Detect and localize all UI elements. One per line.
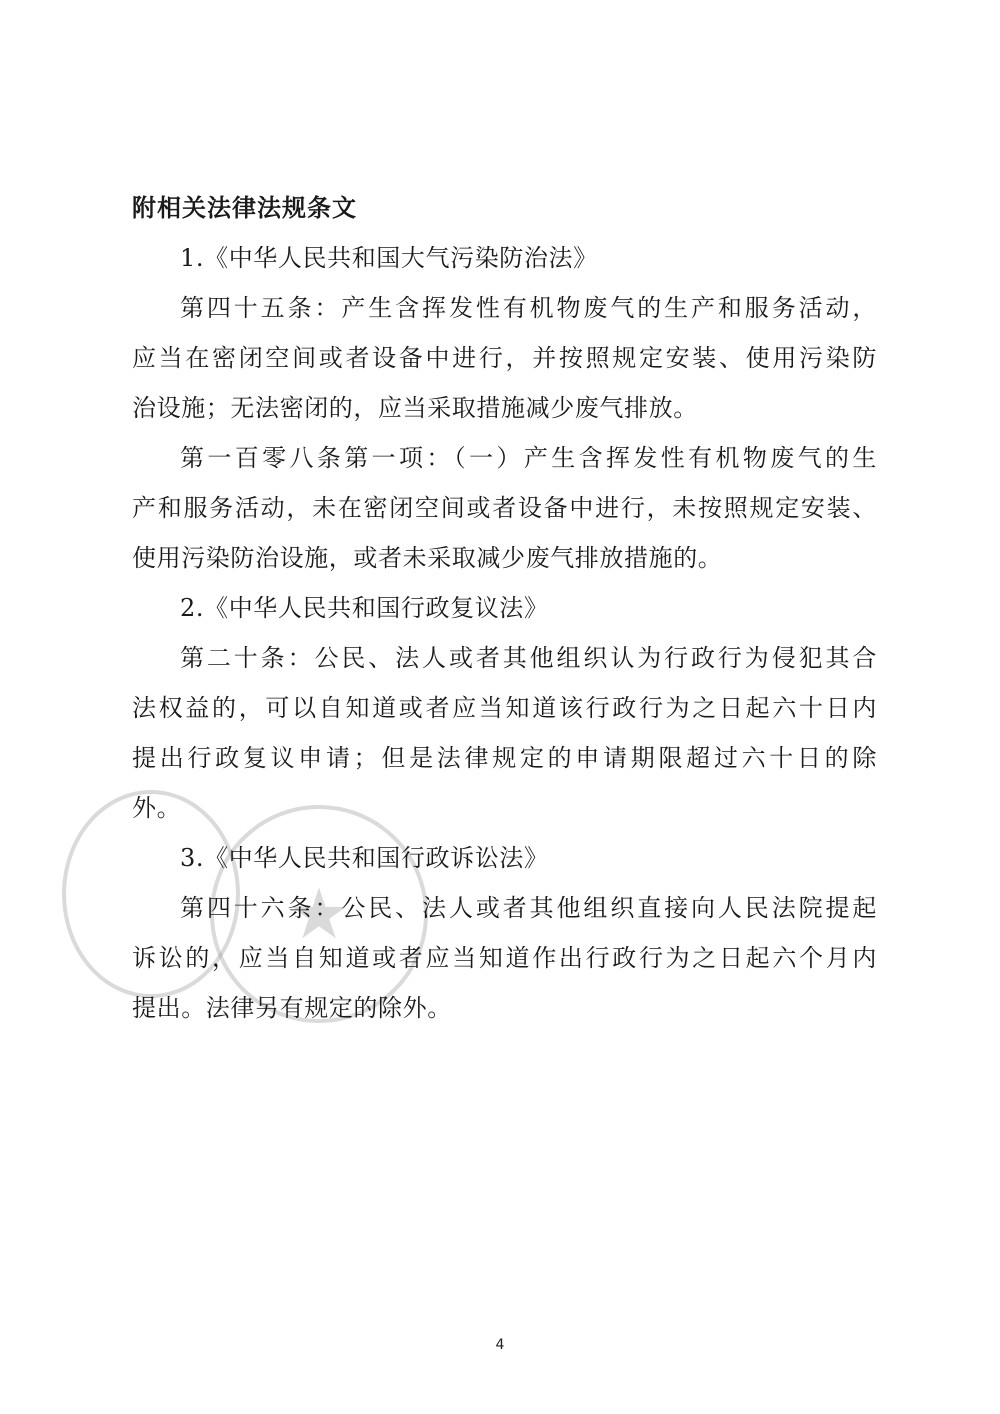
article-46-line-2: 诉讼的，应当自知道或者应当知道作出行政行为之日起六个月内	[132, 943, 877, 973]
document-page: ★ 附相关法律法规条文 1.《中华人民共和国大气污染防治法》 第四十五条：产生含…	[0, 0, 1000, 1414]
section-title-administrative-reconsideration-law: 2.《中华人民共和国行政复议法》	[180, 593, 877, 623]
section-title-administrative-litigation-law: 3.《中华人民共和国行政诉讼法》	[180, 843, 877, 873]
article-108-line-1: 第一百零八条第一项：（一）产生含挥发性有机物废气的生	[180, 443, 877, 473]
section-title-air-pollution-law: 1.《中华人民共和国大气污染防治法》	[180, 243, 877, 273]
article-46-line-3: 提出。法律另有规定的除外。	[132, 993, 877, 1023]
article-108-line-3: 使用污染防治设施，或者未采取减少废气排放措施的。	[132, 543, 877, 573]
document-heading: 附相关法律法规条文	[132, 193, 357, 223]
article-45-line-2: 应当在密闭空间或者设备中进行，并按照规定安装、使用污染防	[132, 343, 877, 373]
article-20-line-1: 第二十条：公民、法人或者其他组织认为行政行为侵犯其合	[180, 643, 877, 673]
page-number: 4	[0, 1337, 1000, 1353]
article-20-line-2: 法权益的，可以自知道或者应当知道该行政行为之日起六十日内	[132, 693, 877, 723]
article-46-line-1: 第四十六条：公民、法人或者其他组织直接向人民法院提起	[180, 893, 877, 923]
article-20-line-3: 提出行政复议申请；但是法律规定的申请期限超过六十日的除	[132, 743, 877, 773]
article-108-line-2: 产和服务活动，未在密闭空间或者设备中进行，未按照规定安装、	[132, 493, 877, 523]
article-20-line-4: 外。	[132, 793, 877, 823]
article-45-line-3: 治设施；无法密闭的，应当采取措施减少废气排放。	[132, 393, 877, 423]
article-45-line-1: 第四十五条：产生含挥发性有机物废气的生产和服务活动，	[180, 293, 877, 323]
